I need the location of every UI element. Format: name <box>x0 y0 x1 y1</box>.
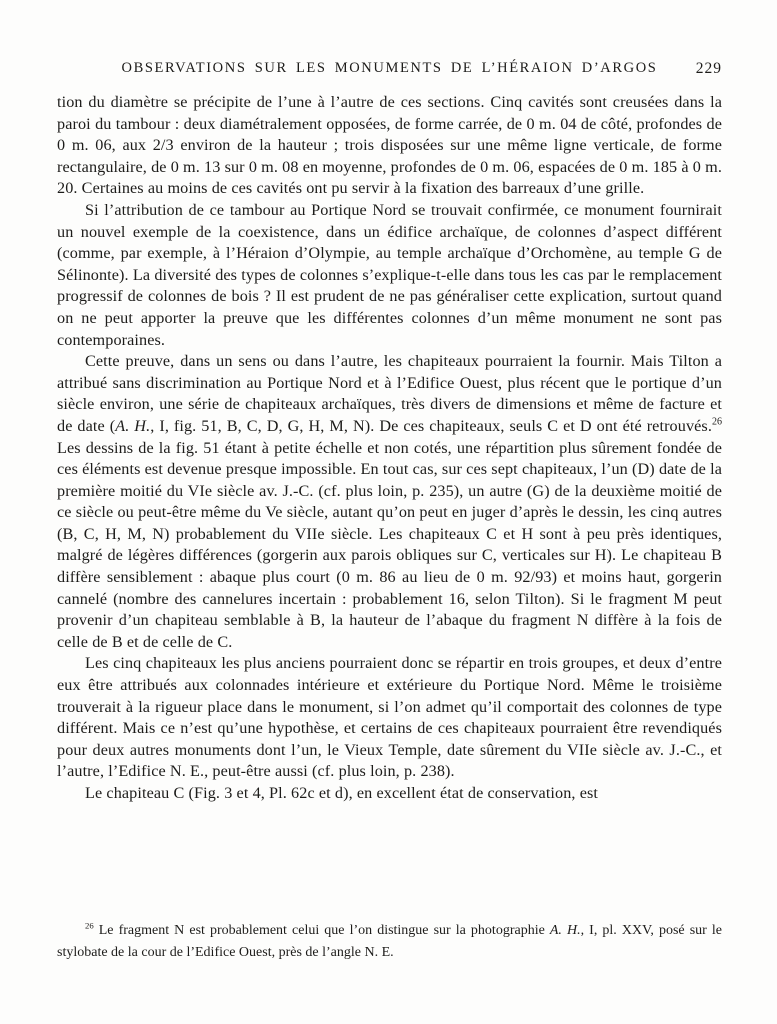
paragraph: tion du diamètre se précipite de l’une à… <box>57 92 722 200</box>
paragraph: Si l’attribution de ce tambour au Portiq… <box>57 200 722 351</box>
italic-citation: A. H. <box>550 923 581 938</box>
text-segment: Les cinq chapiteaux les plus anciens pou… <box>57 654 722 780</box>
text-segment: Les dessins de la fig. 51 étant à petite… <box>57 439 722 651</box>
footnote-reference: 26 <box>85 920 94 930</box>
text-segment: Le chapiteau C (Fig. 3 et 4, Pl. 62c et … <box>85 784 598 802</box>
footnote: 26 Le fragment N est probablement celui … <box>57 920 722 963</box>
paragraph: Cette preuve, dans un sens ou dans l’aut… <box>57 351 722 653</box>
text-segment: tion du diamètre se précipite de l’une à… <box>57 93 722 197</box>
scanned-book-page: OBSERVATIONS SUR LES MONUMENTS DE L’HÉRA… <box>0 0 777 1024</box>
footnote-reference: 26 <box>712 417 722 428</box>
italic-citation: A. H. <box>115 417 150 435</box>
running-title: OBSERVATIONS SUR LES MONUMENTS DE L’HÉRA… <box>57 60 722 77</box>
paragraph: Les cinq chapiteaux les plus anciens pou… <box>57 653 722 783</box>
paragraph: Le chapiteau C (Fig. 3 et 4, Pl. 62c et … <box>57 783 722 805</box>
text-segment: Si l’attribution de ce tambour au Portiq… <box>57 201 722 349</box>
text-segment: Le fragment N est probablement celui que… <box>94 923 550 938</box>
page-number: 229 <box>696 60 722 78</box>
body-text: tion du diamètre se précipite de l’une à… <box>57 92 722 805</box>
text-segment: , I, fig. 51, B, C, D, G, H, M, N). De c… <box>150 417 712 435</box>
running-head: OBSERVATIONS SUR LES MONUMENTS DE L’HÉRA… <box>57 60 722 78</box>
